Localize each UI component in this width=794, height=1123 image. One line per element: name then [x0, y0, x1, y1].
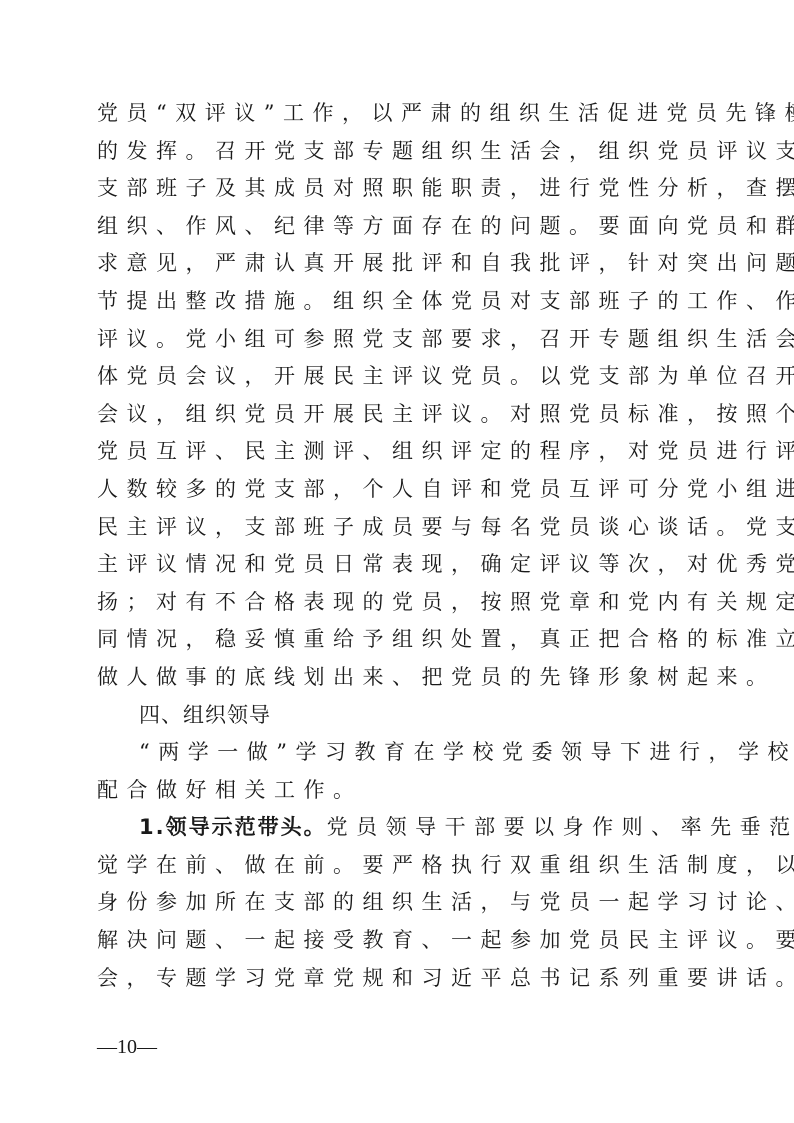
section-heading: 四、组织领导 [97, 697, 699, 735]
text-line: 会，专题学习党章党规和习近平总书记系列重要讲话。要以党委 [97, 960, 699, 998]
item-1-title: 1.领导示范带头。 [139, 815, 327, 839]
text-line: 会议，组织党员开展民主评议。对照党员标准，按照个人自评、 [97, 396, 699, 434]
text-line: 评议。党小组可参照党支部要求，召开专题组织生活会。召开全 [97, 321, 699, 359]
text-line: 求意见，严肃认真开展批评和自我批评，针对突出问题和薄弱环 [97, 245, 699, 283]
text-line: 节提出整改措施。组织全体党员对支部班子的工作、作风等进行 [97, 283, 699, 321]
text-line: 党员“双评议”工作，以严肃的组织生活促进党员先锋模范作用 [97, 95, 699, 133]
text-line: 同情况，稳妥慎重给予组织处置，真正把合格的标准立起来、把 [97, 621, 699, 659]
text-line: 做人做事的底线划出来、把党员的先锋形象树起来。 [97, 659, 699, 697]
item-1-first-line: 1.领导示范带头。党员领导干部要以身作则、率先垂范，自 [97, 809, 699, 847]
text-line: 支部班子及其成员对照职能职责，进行党性分析，查摆在思想、 [97, 170, 699, 208]
text-line: 的发挥。召开党支部专题组织生活会，组织党员评议支部班子。 [97, 133, 699, 171]
page-number: —10— [97, 1036, 157, 1059]
text-line: 党员互评、民主测评、组织评定的程序，对党员进行评议。党员 [97, 433, 699, 471]
text-line: 民主评议，支部班子成员要与每名党员谈心谈话。党支部综合民 [97, 509, 699, 547]
text-line: 人数较多的党支部，个人自评和党员互评可分党小组进行。结合 [97, 471, 699, 509]
text-line: 身份参加所在支部的组织生活，与党员一起学习讨论、一起查摆 [97, 884, 699, 922]
text-line: 觉学在前、做在前。要严格执行双重组织生活制度，以普通党员 [97, 847, 699, 885]
document-page: 党员“双评议”工作，以严肃的组织生活促进党员先锋模范作用 的发挥。召开党支部专题… [0, 0, 794, 1123]
section-intro-line: 配合做好相关工作。 [97, 772, 699, 810]
item-1-text: 党员领导干部要以身作则、率先垂范，自 [327, 815, 794, 839]
text-line: 组织、作风、纪律等方面存在的问题。要面向党员和群众广泛征 [97, 208, 699, 246]
section-intro-line: “两学一做”学习教育在学校党委领导下进行，学校各部门 [97, 734, 699, 772]
text-line: 主评议情况和党员日常表现，确定评议等次，对优秀党员予以表 [97, 546, 699, 584]
body-text: 党员“双评议”工作，以严肃的组织生活促进党员先锋模范作用 的发挥。召开党支部专题… [97, 95, 699, 997]
text-line: 解决问题、一起接受教育、一起参加党员民主评议。要召开党委 [97, 922, 699, 960]
text-line: 扬；对有不合格表现的党员，按照党章和党内有关规定，区别不 [97, 584, 699, 622]
text-line: 体党员会议，开展民主评议党员。以党支部为单位召开全体党员 [97, 358, 699, 396]
